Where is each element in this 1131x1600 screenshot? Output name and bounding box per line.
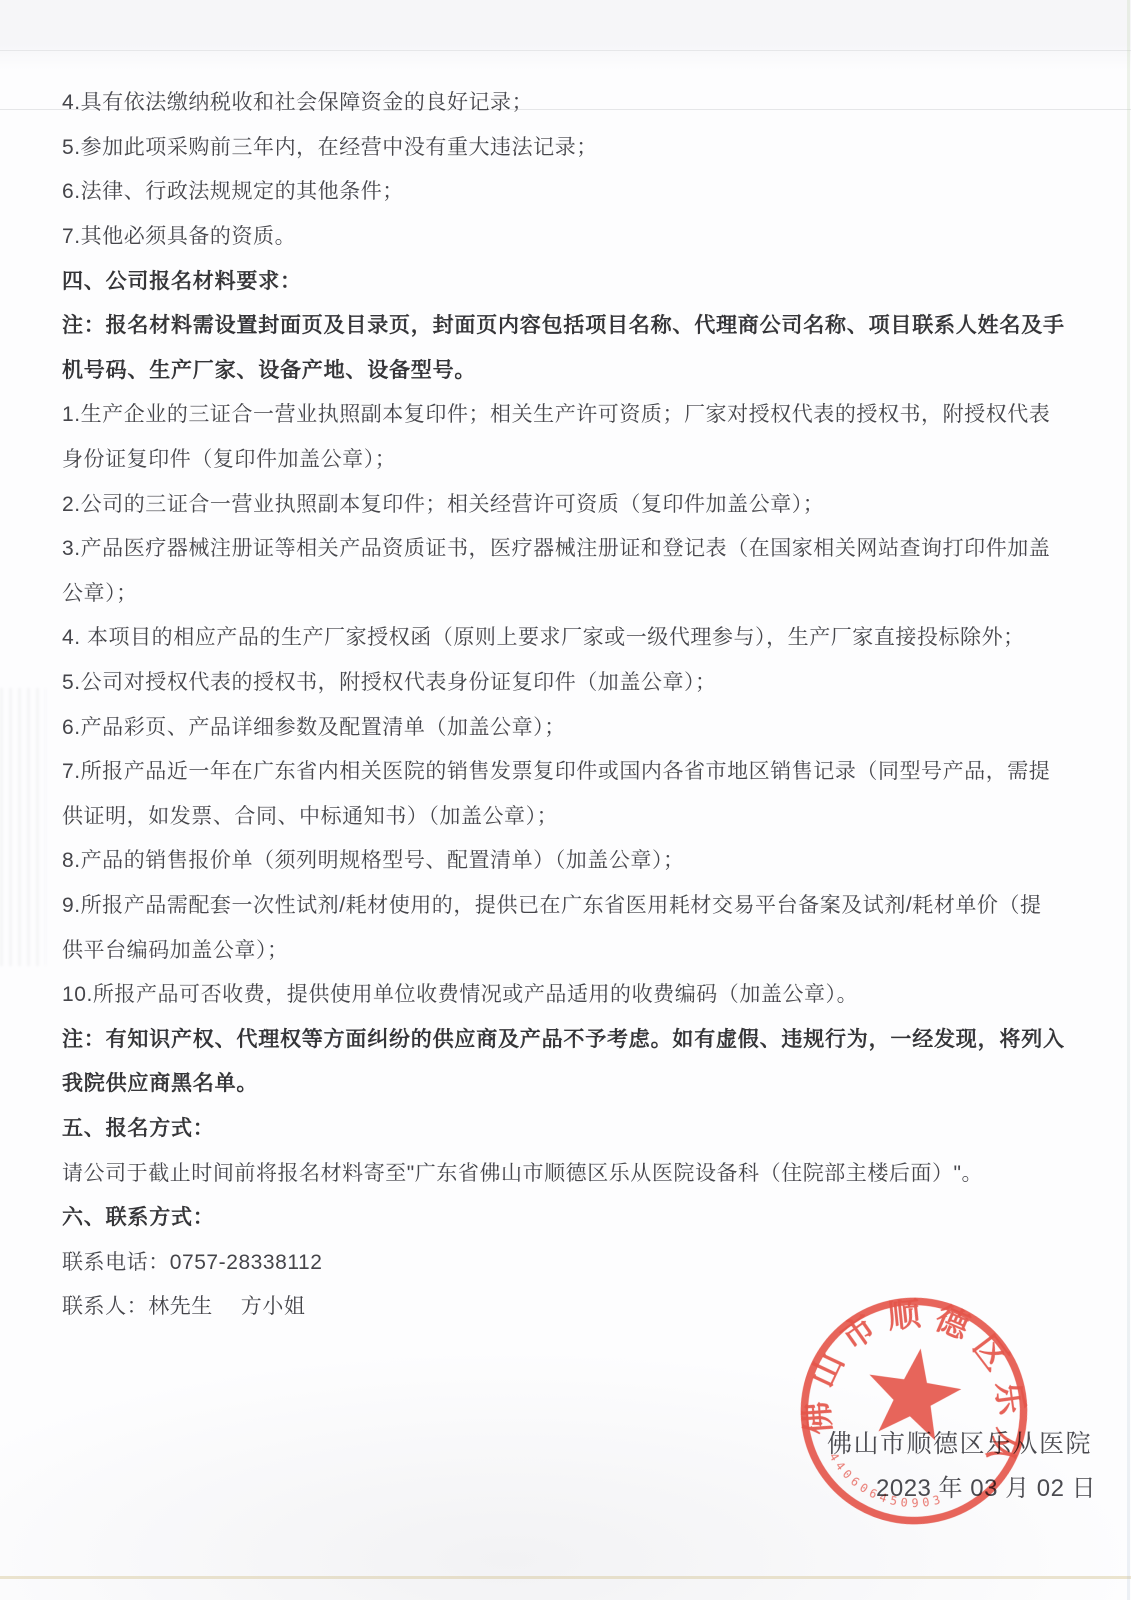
doc-line-req5: 5.公司对授权代表的授权书，附授权代表身份证复印件（加盖公章）； [62,659,1073,704]
scanned-document-page: 4.具有依法缴纳税收和社会保障资金的良好记录； 5.参加此项采购前三年内，在经营… [0,0,1131,1600]
scan-artifact-streaks [0,688,46,966]
doc-line-item4: 4.具有依法缴纳税收和社会保障资金的良好记录； [62,79,1073,124]
doc-line-req4: 4. 本项目的相应产品的生产厂家授权函（原则上要求厂家或一级代理参与），生产厂家… [62,614,1073,659]
section-heading-5: 五、报名方式： [62,1105,1073,1150]
doc-line-item7: 7.其他必须具备的资质。 [62,213,1073,258]
contact-phone-line: 联系电话：0757-28338112 [62,1238,1073,1283]
official-seal: 佛山市顺德区乐从医院 440606450903 [762,1259,1066,1563]
signature-hospital-name: 佛山市顺德区乐从医院 [827,1424,1092,1460]
doc-line-req9a: 9.所报产品需配套一次性试剂/耗材使用的，提供已在广东省医用耗材交易平台备案及试… [62,882,1073,927]
doc-line-req1b: 身份证复印件（复印件加盖公章）； [62,436,1073,481]
note-line-2: 机号码、生产厂家、设备产地、设备型号。 [62,347,1073,392]
doc-line-req6: 6.产品彩页、产品详细参数及配置清单（加盖公章）； [62,703,1073,748]
note-blacklist-1: 注：有知识产权、代理权等方面纠纷的供应商及产品不予考虑。如有虚假、违规行为，一经… [62,1015,1073,1060]
doc-line-item6: 6.法律、行政法规规定的其他条件； [62,168,1073,213]
doc-line-req8: 8.产品的销售报价单（须列明规格型号、配置清单）（加盖公章）； [62,837,1073,882]
mailing-address-line: 请公司于截止时间前将报名材料寄至"广东省佛山市顺德区乐从医院设备科（住院部主楼后… [62,1149,1073,1194]
note-blacklist-2: 我院供应商黑名单。 [62,1060,1073,1105]
doc-line-req7b: 供证明，如发票、合同、中标通知书）（加盖公章）； [62,793,1073,838]
scan-artifact-right-edge [1127,0,1130,1600]
doc-line-req10: 10.所报产品可否收费，提供使用单位收费情况或产品适用的收费编码（加盖公章）。 [62,971,1073,1016]
doc-line-req3b: 公章）； [62,570,1073,615]
scan-artifact-bottom-band [0,1576,1131,1579]
doc-line-req9b: 供平台编码加盖公章）； [62,926,1073,971]
signature-date: 2023 年 03 月 02 日 [876,1468,1096,1503]
document-body: 4.具有依法缴纳税收和社会保障资金的良好记录； 5.参加此项采购前三年内，在经营… [62,79,1073,1328]
section-heading-4: 四、公司报名材料要求： [62,257,1073,302]
doc-line-req1a: 1.生产企业的三证合一营业执照副本复印件；相关生产许可资质；厂家对授权代表的授权… [62,391,1073,436]
doc-line-req7a: 7.所报产品近一年在广东省内相关医院的销售发票复印件或国内各省市地区销售记录（同… [62,748,1073,793]
doc-line-req2: 2.公司的三证合一营业执照副本复印件；相关经营许可资质（复印件加盖公章）； [62,480,1073,525]
doc-line-req3a: 3.产品医疗器械注册证等相关产品资质证书，医疗器械注册证和登记表（在国家相关网站… [62,525,1073,570]
scan-artifact-line [0,50,1131,51]
note-line-1: 注：报名材料需设置封面页及目录页，封面页内容包括项目名称、代理商公司名称、项目联… [62,302,1073,347]
doc-line-item5: 5.参加此项采购前三年内，在经营中没有重大违法记录； [62,124,1073,169]
section-heading-6: 六、联系方式： [62,1194,1073,1239]
